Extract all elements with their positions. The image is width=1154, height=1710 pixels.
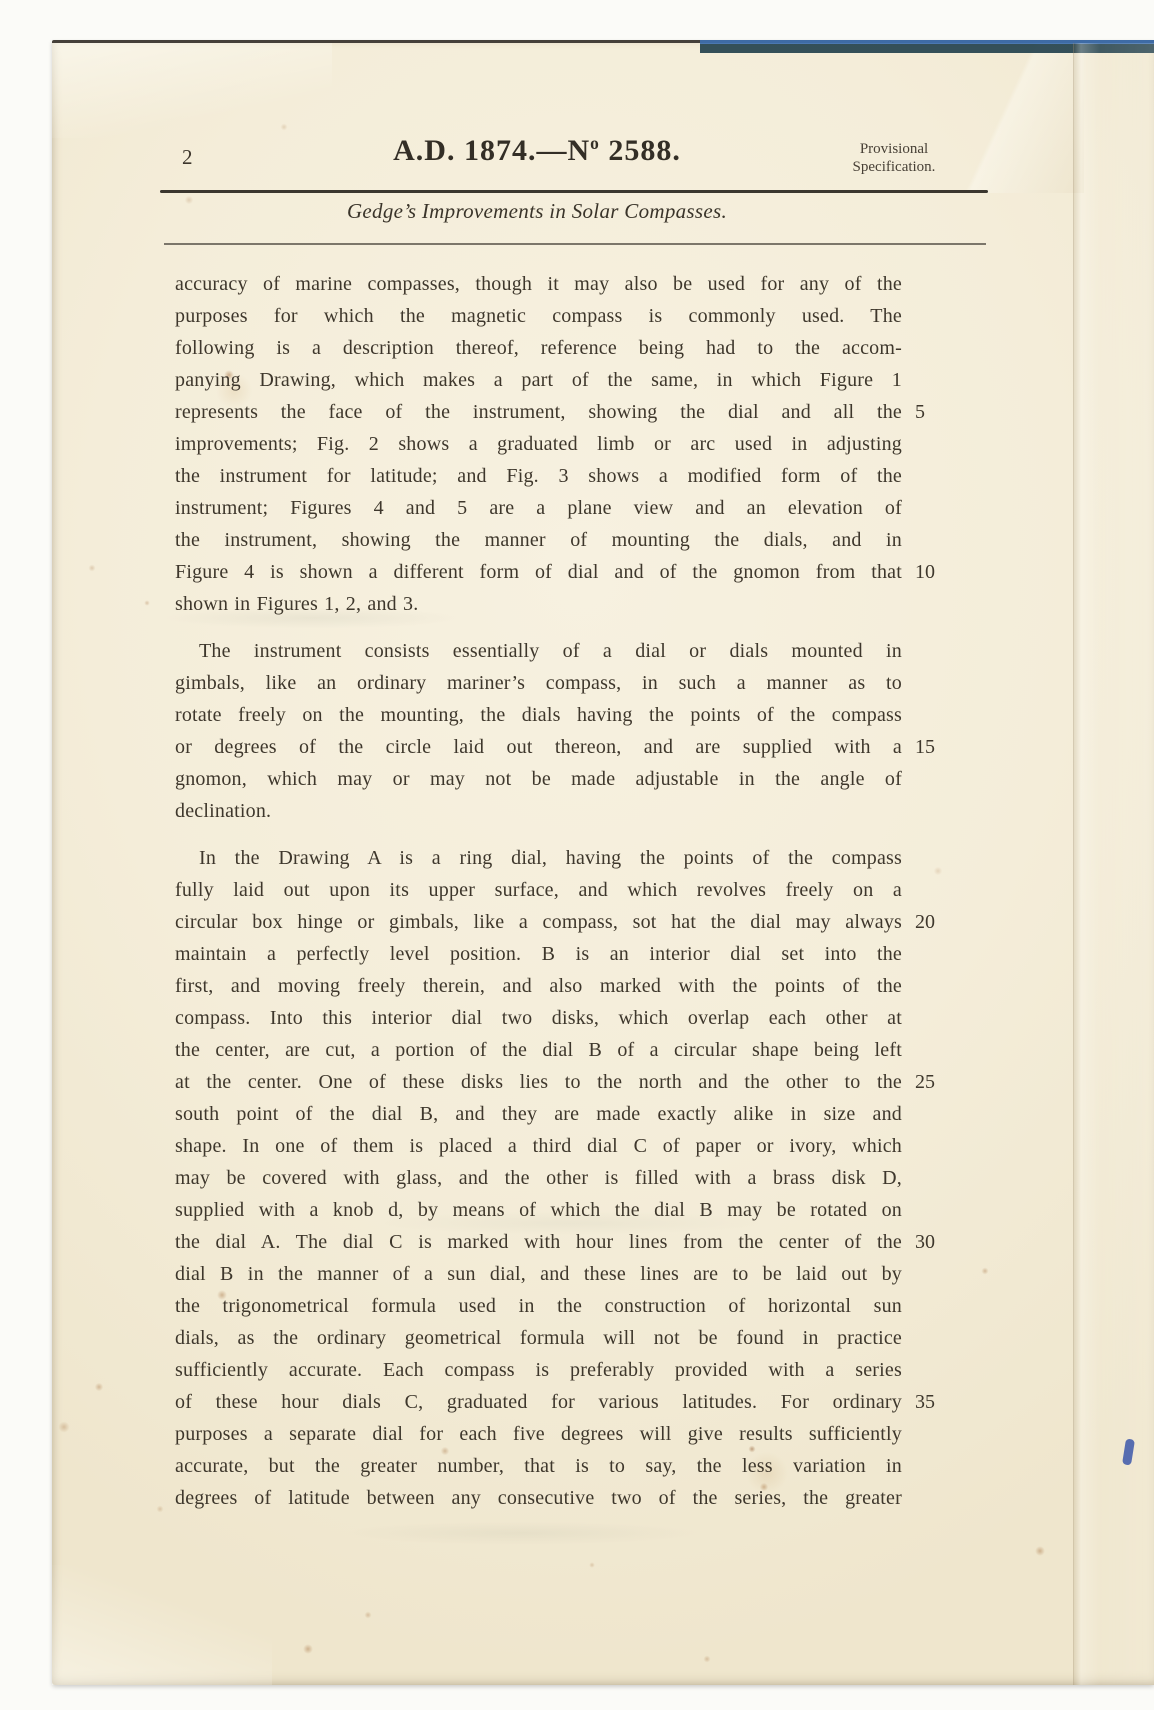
line-text: declination. xyxy=(175,800,271,822)
line-text: maintain a perfectly level position. B i… xyxy=(175,943,902,965)
text-line: fully laid out upon its upper surface, a… xyxy=(175,874,902,906)
text-line: the trigonometrical formula used in the … xyxy=(175,1290,902,1322)
line-text: the center, are cut, a portion of the di… xyxy=(175,1039,902,1061)
annotation-line-2: Specification. xyxy=(794,158,994,176)
text-line: represents the face of the instrument, s… xyxy=(175,396,902,428)
line-text: compass. Into this interior dial two dis… xyxy=(175,1007,902,1029)
line-text: the instrument, showing the manner of mo… xyxy=(175,529,902,551)
line-text: shown in Figures 1, 2, and 3. xyxy=(175,593,418,615)
line-number: 25 xyxy=(915,1066,971,1098)
text-line: shape. In one of them is placed a third … xyxy=(175,1130,902,1162)
text-line: following is a description thereof, refe… xyxy=(175,332,902,364)
line-number: 30 xyxy=(915,1226,971,1258)
text-line: compass. Into this interior dial two dis… xyxy=(175,1002,902,1034)
line-text: south point of the dial B, and they are … xyxy=(175,1103,902,1125)
line-number: 5 xyxy=(915,396,971,428)
provisional-specification-annotation: Provisional Specification. xyxy=(794,140,994,176)
text-line: dials, as the ordinary geometrical formu… xyxy=(175,1322,902,1354)
line-text: gimbals, like an ordinary mariner’s comp… xyxy=(175,672,902,694)
line-text: fully laid out upon its upper surface, a… xyxy=(175,879,902,901)
line-text: of these hour dials C, graduated for var… xyxy=(175,1391,902,1413)
text-line: at the center. One of these disks lies t… xyxy=(175,1066,902,1098)
text-line: sufficiently accurate. Each compass is p… xyxy=(175,1354,902,1386)
line-number: 15 xyxy=(915,731,971,763)
line-text: purposes a separate dial for each five d… xyxy=(175,1423,902,1445)
paper-sheet: 2 A.D. 1874.—No 2588. Provisional Specif… xyxy=(52,40,1154,1685)
text-line: rotate freely on the mounting, the dials… xyxy=(175,699,902,731)
line-text: supplied with a knob d, by means of whic… xyxy=(175,1199,902,1221)
line-text: the trigonometrical formula used in the … xyxy=(175,1295,902,1317)
text-line: circular box hinge or gimbals, like a co… xyxy=(175,906,902,938)
text-line: the dial A. The dial C is marked with ho… xyxy=(175,1226,902,1258)
paragraph: In the Drawing A is a ring dial, having … xyxy=(175,842,902,1514)
text-line: dial B in the manner of a sun dial, and … xyxy=(175,1258,902,1290)
page-content: 2 A.D. 1874.—No 2588. Provisional Specif… xyxy=(52,43,1154,1685)
line-text: following is a description thereof, refe… xyxy=(175,337,902,359)
text-line: purposes a separate dial for each five d… xyxy=(175,1418,902,1450)
text-line: or degrees of the circle laid out thereo… xyxy=(175,731,902,763)
header-rule xyxy=(160,190,988,193)
line-text: panying Drawing, which makes a part of t… xyxy=(175,369,902,391)
running-title: Gedge’s Improvements in Solar Compasses. xyxy=(172,199,902,224)
title-number: 2588. xyxy=(600,134,681,167)
subtitle-rule xyxy=(164,243,986,245)
title-ordinal-sup: o xyxy=(590,133,600,153)
text-line: gimbals, like an ordinary mariner’s comp… xyxy=(175,667,902,699)
line-number: 35 xyxy=(915,1386,971,1418)
line-text: the instrument for latitude; and Fig. 3 … xyxy=(175,465,902,487)
text-line: gnomon, which may or may not be made adj… xyxy=(175,763,902,795)
line-text: first, and moving freely therein, and al… xyxy=(175,975,902,997)
text-line: accurate, but the greater number, that i… xyxy=(175,1450,902,1482)
line-text: improvements; Fig. 2 shows a graduated l… xyxy=(175,433,902,455)
line-text: represents the face of the instrument, s… xyxy=(175,401,902,423)
text-line: first, and moving freely therein, and al… xyxy=(175,970,902,1002)
paragraph: accuracy of marine compasses, though it … xyxy=(175,268,902,620)
line-text: may be covered with glass, and the other… xyxy=(175,1167,902,1189)
line-text: purposes for which the magnetic compass … xyxy=(175,305,902,327)
text-line: instrument; Figures 4 and 5 are a plane … xyxy=(175,492,902,524)
line-text: the dial A. The dial C is marked with ho… xyxy=(175,1231,902,1253)
document-title: A.D. 1874.—No 2588. xyxy=(172,133,902,168)
text-line: In the Drawing A is a ring dial, having … xyxy=(175,842,902,874)
text-line: supplied with a knob d, by means of whic… xyxy=(175,1194,902,1226)
text-line: declination. xyxy=(175,795,902,827)
line-text: sufficiently accurate. Each compass is p… xyxy=(175,1359,902,1381)
text-line: of these hour dials C, graduated for var… xyxy=(175,1386,902,1418)
text-line: panying Drawing, which makes a part of t… xyxy=(175,364,902,396)
text-line: the instrument, showing the manner of mo… xyxy=(175,524,902,556)
line-text: The instrument consists essentially of a… xyxy=(199,640,902,662)
line-text: accurate, but the greater number, that i… xyxy=(175,1455,902,1477)
line-text: dial B in the manner of a sun dial, and … xyxy=(175,1263,902,1285)
line-text: shape. In one of them is placed a third … xyxy=(175,1135,902,1157)
line-text: at the center. One of these disks lies t… xyxy=(175,1071,902,1093)
line-number: 20 xyxy=(915,906,971,938)
title-main: A.D. 1874.—N xyxy=(393,134,590,167)
line-text: rotate freely on the mounting, the dials… xyxy=(175,704,902,726)
document-body: accuracy of marine compasses, though it … xyxy=(175,268,902,1514)
line-number: 10 xyxy=(915,556,971,588)
text-line: accuracy of marine compasses, though it … xyxy=(175,268,902,300)
text-line: shown in Figures 1, 2, and 3. xyxy=(175,588,902,620)
line-text: In the Drawing A is a ring dial, having … xyxy=(199,847,902,869)
text-line: The instrument consists essentially of a… xyxy=(175,635,902,667)
text-line: the center, are cut, a portion of the di… xyxy=(175,1034,902,1066)
line-text: dials, as the ordinary geometrical formu… xyxy=(175,1327,902,1349)
line-text: gnomon, which may or may not be made adj… xyxy=(175,768,902,790)
line-text: circular box hinge or gimbals, like a co… xyxy=(175,911,902,933)
line-text: instrument; Figures 4 and 5 are a plane … xyxy=(175,497,902,519)
text-line: may be covered with glass, and the other… xyxy=(175,1162,902,1194)
text-line: improvements; Fig. 2 shows a graduated l… xyxy=(175,428,902,460)
paragraph: The instrument consists essentially of a… xyxy=(175,635,902,827)
text-line: maintain a perfectly level position. B i… xyxy=(175,938,902,970)
line-text: degrees of latitude between any consecut… xyxy=(175,1487,902,1509)
text-line: Figure 4 is shown a different form of di… xyxy=(175,556,902,588)
text-line: the instrument for latitude; and Fig. 3 … xyxy=(175,460,902,492)
text-line: degrees of latitude between any consecut… xyxy=(175,1482,902,1514)
text-line: purposes for which the magnetic compass … xyxy=(175,300,902,332)
line-text: accuracy of marine compasses, though it … xyxy=(175,273,902,295)
text-line: south point of the dial B, and they are … xyxy=(175,1098,902,1130)
annotation-line-1: Provisional xyxy=(794,140,994,158)
line-text: Figure 4 is shown a different form of di… xyxy=(175,561,902,583)
line-text: or degrees of the circle laid out thereo… xyxy=(175,736,902,758)
